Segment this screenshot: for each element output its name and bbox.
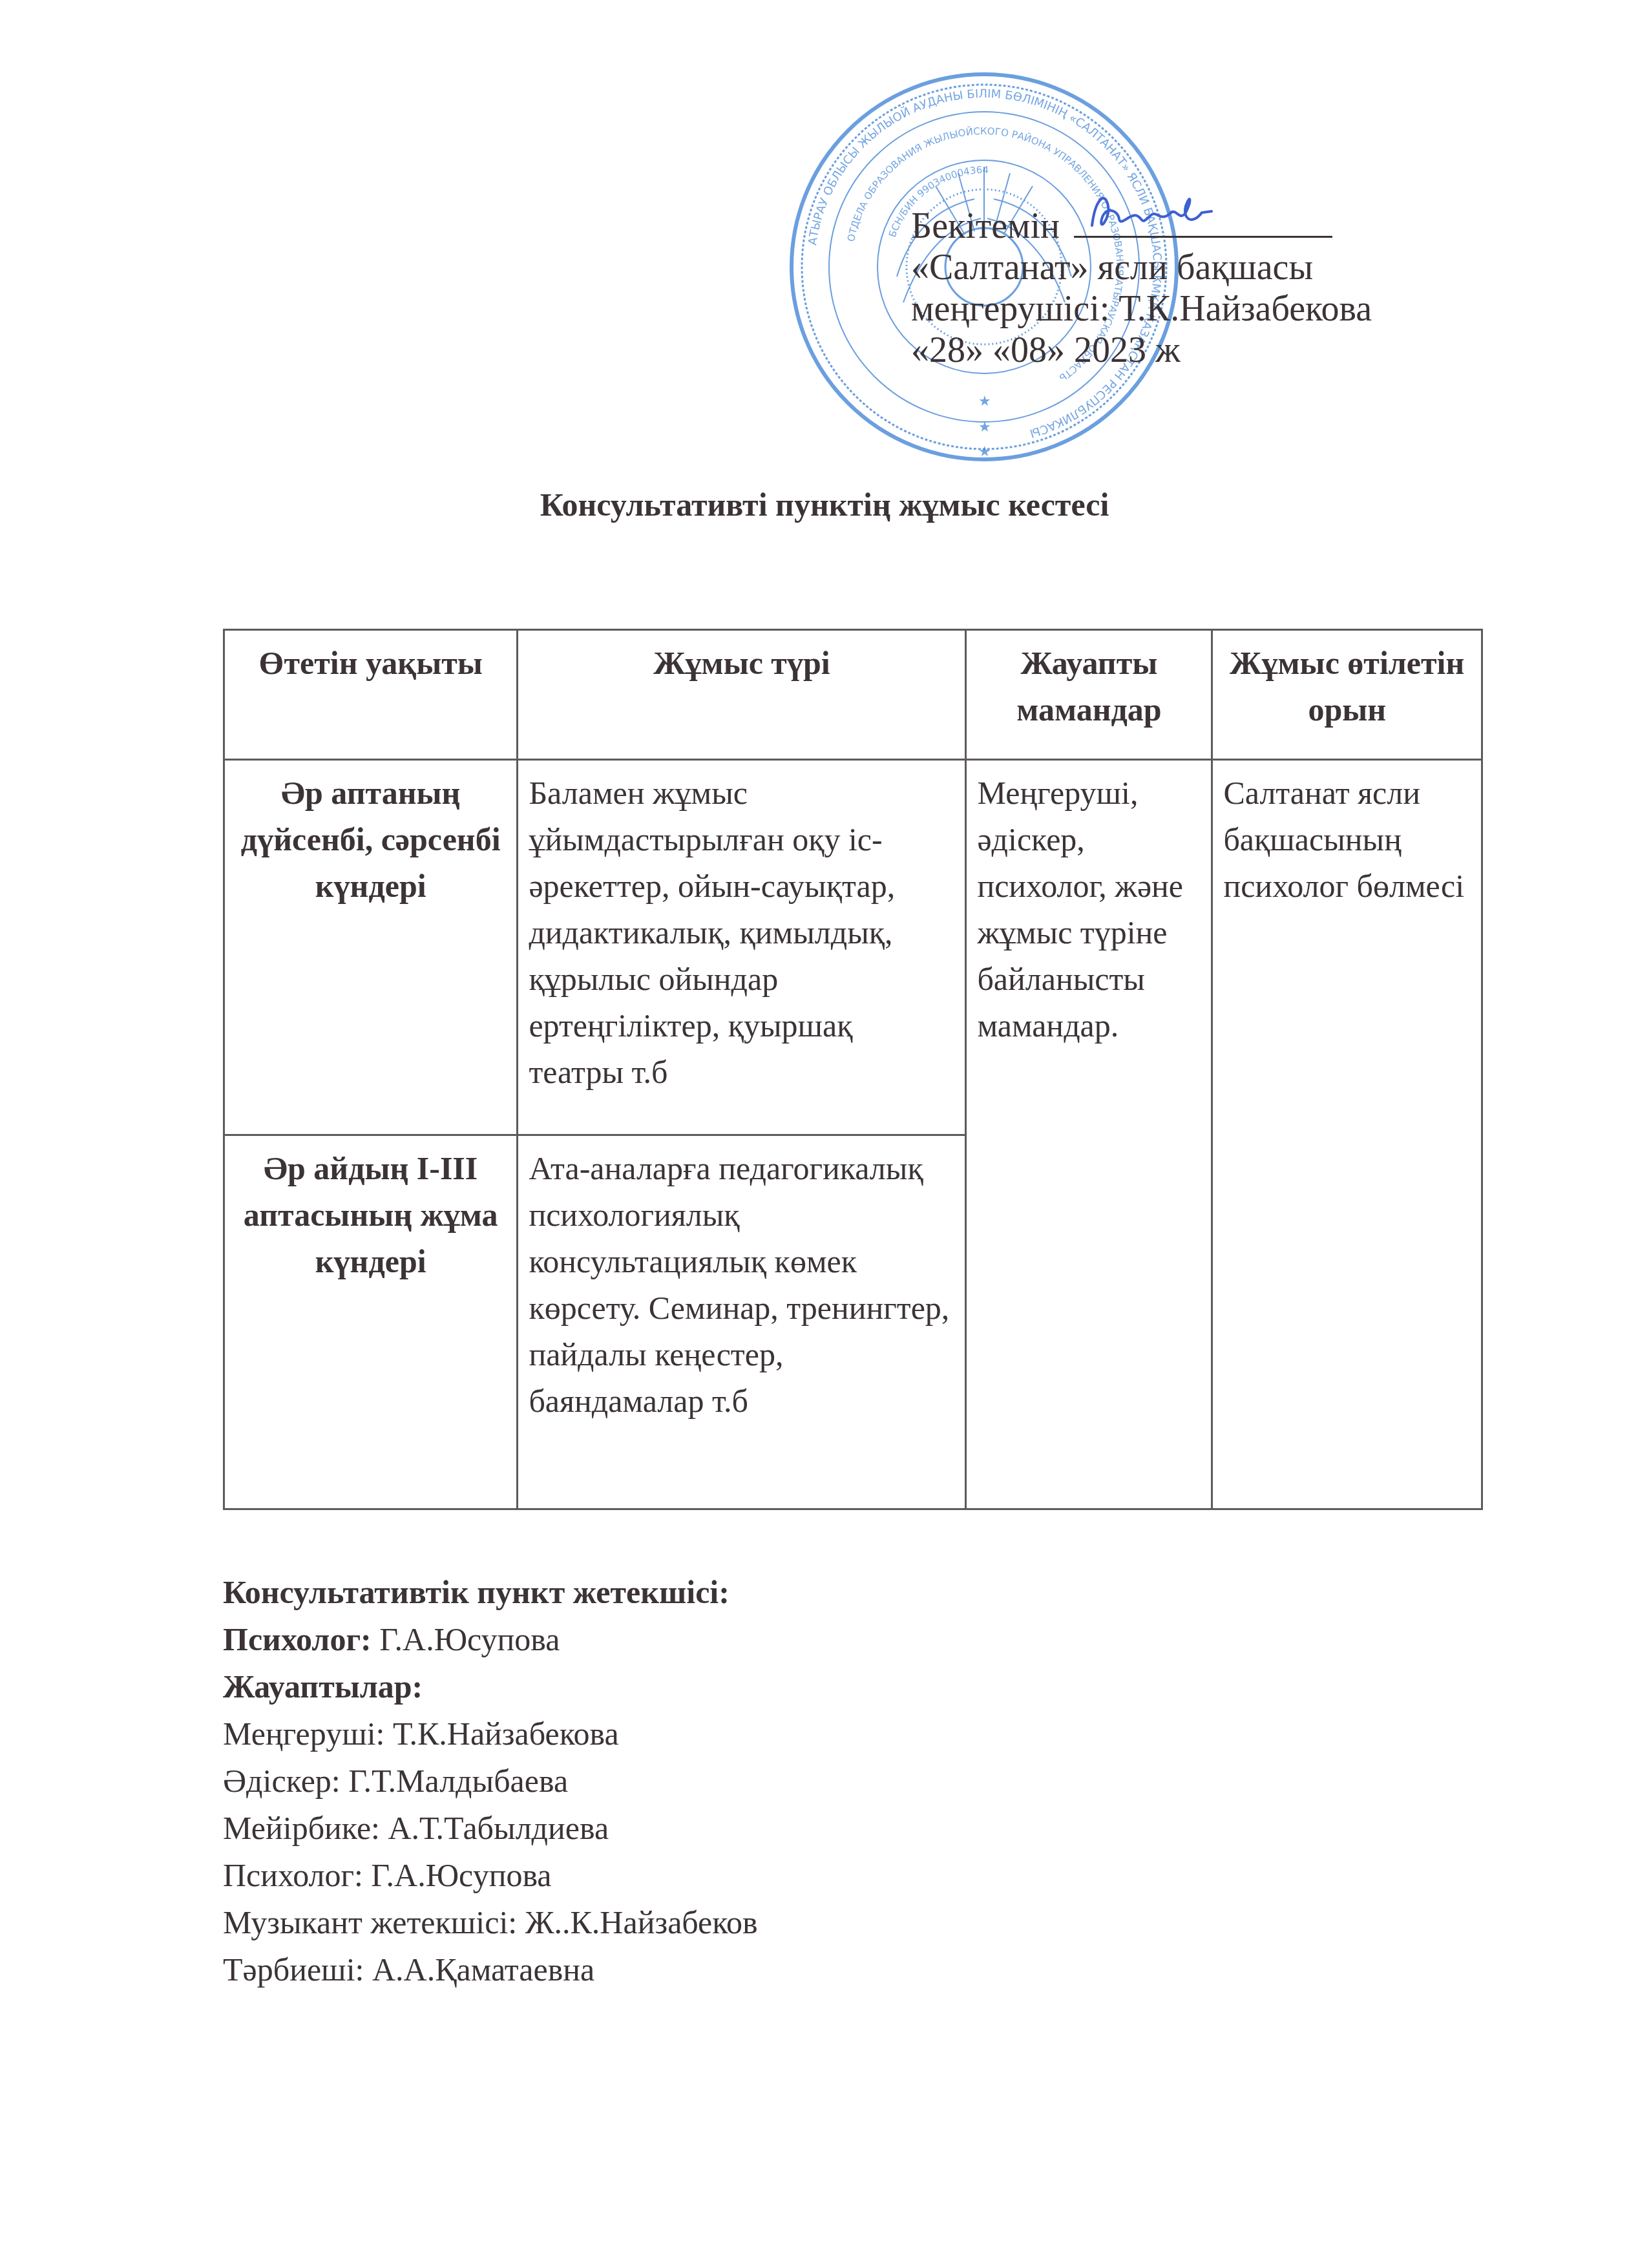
staff-item: Мейірбике: А.Т.Табылдиева: [223, 1805, 758, 1852]
approve-label: Бекітемін: [911, 206, 1060, 246]
page-title: Консультативті пунктің жұмыс кестесі: [0, 486, 1649, 523]
staff-item: Әдіскер: Г.Т.Малдыбаева: [223, 1758, 758, 1805]
signature-icon: [1079, 187, 1247, 238]
cell-work-type: Баламен жұмыс ұйымдастырылған оқу іс-әре…: [518, 760, 966, 1135]
approval-line-2: «Салтанат» ясли бақшасы: [911, 247, 1372, 288]
svg-text:★: ★: [978, 419, 991, 436]
psychologist-label: Психолог:: [223, 1621, 372, 1657]
header-responsible: Жауапты мамандар: [966, 630, 1212, 760]
header-time: Өтетін уақыты: [224, 630, 518, 760]
approval-line-4: «28» «08» 2023 ж: [911, 330, 1372, 371]
header-work-type: Жұмыс түрі: [518, 630, 966, 760]
svg-text:★: ★: [978, 394, 991, 410]
cell-location: Салтанат ясли бақшасының психолог бөлмес…: [1212, 760, 1482, 1509]
svg-text:★: ★: [978, 444, 991, 460]
cell-time: Әр аптаның дүйсенбі, сәрсенбі күндері: [224, 760, 518, 1135]
table-row: Әр аптаның дүйсенбі, сәрсенбі күндері Ба…: [224, 760, 1482, 1135]
psychologist-name: Г.А.Юсупова: [372, 1621, 560, 1657]
cell-work-type: Ата-аналарға педагогикалық психологиялық…: [518, 1135, 966, 1509]
footer-block: Консультативтік пункт жетекшісі: Психоло…: [223, 1569, 758, 1993]
approval-line-1: Бекітемін: [911, 205, 1372, 247]
consult-head-label: Консультативтік пункт жетекшісі:: [223, 1569, 758, 1616]
responsible-label: Жауаптылар:: [223, 1663, 758, 1710]
cell-responsible: Меңгеруші, әдіскер, психолог, және жұмыс…: [966, 760, 1212, 1509]
psychologist-line: Психолог: Г.А.Юсупова: [223, 1616, 758, 1663]
staff-item: Тәрбиеші: А.А.Қаматаевна: [223, 1946, 758, 1993]
schedule-table: Өтетін уақыты Жұмыс түрі Жауапты маманда…: [223, 629, 1483, 1510]
table-header-row: Өтетін уақыты Жұмыс түрі Жауапты маманда…: [224, 630, 1482, 760]
header-location: Жұмыс өтілетін орын: [1212, 630, 1482, 760]
cell-time: Әр айдың І-ІІІ аптасының жұма күндері: [224, 1135, 518, 1509]
signature-line: [1074, 210, 1332, 238]
staff-item: Музыкант жетекшісі: Ж..К.Найзабеков: [223, 1899, 758, 1946]
staff-item: Меңгеруші: Т.К.Найзабекова: [223, 1710, 758, 1758]
approval-block: Бекітемін «Салтанат» ясли бақшасы меңгер…: [911, 205, 1372, 371]
staff-item: Психолог: Г.А.Юсупова: [223, 1852, 758, 1899]
approval-line-3: меңгерушісі: Т.К.Найзабекова: [911, 288, 1372, 330]
